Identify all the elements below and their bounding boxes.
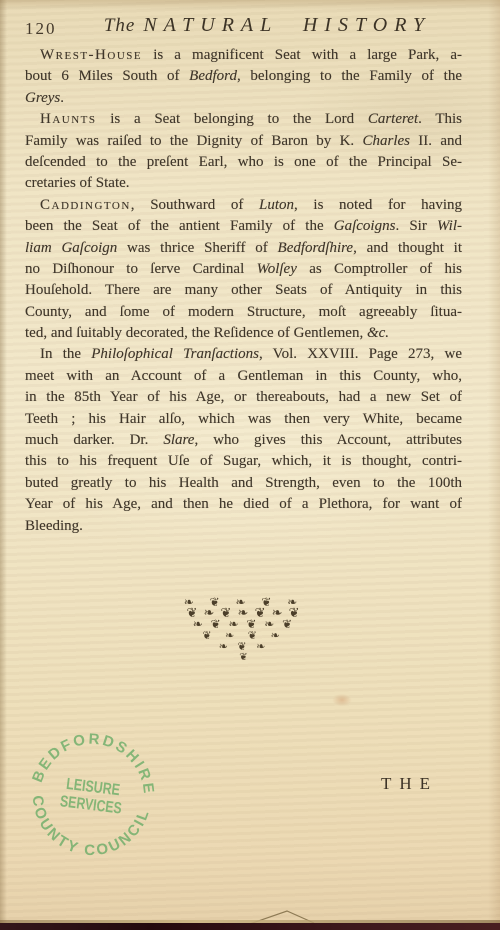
text-run: Houſehold. There are many other Seats of… [25, 282, 462, 298]
text-line: meet with an Account of a Gentleman in t… [25, 366, 462, 387]
text-run: Wolſey [257, 261, 297, 277]
text-run: as Comptroller of his [297, 261, 462, 277]
text-line: Bleeding. [25, 516, 462, 537]
text-run: Haunts [40, 111, 97, 127]
text-line: In the Philoſophical Tranſactions, Vol. … [25, 344, 462, 365]
text-line: Year of his Age, and then he died of a P… [25, 494, 462, 515]
text-run: been the Seat of the antient Family of t… [25, 218, 334, 234]
text-run: Wil- [437, 218, 462, 234]
page-number: 120 [25, 19, 57, 39]
ornament-row: ❦ [25, 652, 462, 663]
text-line: ted, and ſuitably decorated, the Reſiden… [25, 323, 462, 344]
printer-ornament: ❧ ❦ ❧ ❦ ❧ ❦ ❧ ❦ ❧ ❦ ❧ ❦ ❧ ❦ ❧ ❦ ❧ ❦ ❦ ❧ … [25, 597, 462, 663]
text-run: Bedfordſhire [278, 240, 354, 256]
running-title-caps: NATURAL HISTORY [143, 14, 431, 36]
text-line: this to his frequent Uſe of Sugar, which… [25, 451, 462, 472]
text-line: Haunts is a Seat belonging to the Lord C… [25, 109, 462, 130]
text-run: , belonging to the Family of the [237, 68, 462, 84]
text-run: Teeth ; his Hair alſo, which was then ve… [25, 411, 462, 427]
text-line: cretaries of State. [25, 173, 462, 194]
text-line: bout 6 Miles South of Bedford, belonging… [25, 66, 462, 87]
ornament-row: ❧ ❦ ❧ [25, 641, 462, 652]
text-run: is a Seat belonging to the Lord [97, 111, 368, 127]
book-page-scan: 120 TheNATURAL HISTORY Wrest-House is a … [0, 0, 500, 930]
text-run: , Southward of [131, 197, 259, 213]
text-line: liam Gaſcoign was thrice Sheriff of Bedf… [25, 238, 462, 259]
text-line: Houſehold. There are many other Seats of… [25, 280, 462, 301]
text-run: Bedford [189, 68, 237, 84]
text-run: Greys [25, 90, 60, 106]
text-run: deſcended to the preſent Earl, who is on… [25, 154, 462, 170]
text-line: Family was raiſed to the Dignity of Baro… [25, 131, 462, 152]
text-run: ted, and ſuitably decorated, the Reſiden… [25, 325, 367, 341]
text-line: been the Seat of the antient Family of t… [25, 216, 462, 237]
text-line: County, and ſome of modern Structure, mo… [25, 302, 462, 323]
text-line: Greys. [25, 88, 462, 109]
text-run: Gaſcoigns [334, 218, 396, 234]
text-line: in the 85th Year of his Age, or thereabo… [25, 387, 462, 408]
page-header: 120 TheNATURAL HISTORY [25, 14, 462, 44]
text-run: , Vol. XXVIII. Page 273, we [259, 346, 462, 362]
text-line: Caddington, Southward of Luton, is noted… [25, 195, 462, 216]
running-title: TheNATURAL HISTORY [73, 14, 462, 37]
text-run: is a magnificent Seat with a large Park,… [142, 47, 462, 63]
text-line: deſcended to the preſent Earl, who is on… [25, 152, 462, 173]
text-run: Year of his Age, and then he died of a P… [25, 496, 462, 512]
text-run: no Diſhonour to ſerve Cardinal [25, 261, 257, 277]
library-stamp: BEDFORDSHIRE LEISURE SERVICES COUNTY COU… [4, 724, 194, 874]
text-run: . This [418, 111, 462, 127]
text-run: Family was raiſed to the Dignity of Baro… [25, 133, 362, 149]
text-line: much darker. Dr. Slare, who gives this A… [25, 430, 462, 451]
text-line: Wrest-House is a magnificent Seat with a… [25, 45, 462, 66]
text-run: bout 6 Miles South of [25, 68, 189, 84]
text-run: in the 85th Year of his Age, or thereabo… [25, 389, 462, 405]
text-run: meet with an Account of a Gentleman in t… [25, 368, 462, 384]
text-run: Luton [259, 197, 294, 213]
text-run: was thrice Sheriff of [117, 240, 277, 256]
text-run: Charles [362, 133, 410, 149]
text-run: Philoſophical Tranſactions [91, 346, 259, 362]
text-line: buted greatly to his Health and Strength… [25, 473, 462, 494]
text-run: Bleeding. [25, 518, 83, 534]
text-run: , who gives this Account, attributes [194, 432, 462, 448]
text-run: Caddington [40, 197, 131, 213]
text-run: &c. [367, 325, 389, 341]
text-run: , is noted for having [294, 197, 462, 213]
text-run: . Sir [395, 218, 437, 234]
text-line: Teeth ; his Hair alſo, which was then ve… [25, 409, 462, 430]
text-run: II. and [410, 133, 462, 149]
text-run: Slare [163, 432, 194, 448]
body-text: Wrest-House is a magnificent Seat with a… [25, 45, 462, 537]
catchword: THE [25, 774, 462, 794]
text-run: . [60, 90, 64, 106]
text-run: cretaries of State. [25, 175, 130, 191]
text-line: no Diſhonour to ſerve Cardinal Wolſey as… [25, 259, 462, 280]
text-run: , and thought it [353, 240, 462, 256]
text-run: County, and ſome of modern Structure, mo… [25, 304, 462, 320]
text-run: much darker. Dr. [25, 432, 163, 448]
text-run: Wrest-House [40, 47, 142, 63]
text-run: liam Gaſcoign [25, 240, 117, 256]
text-run: buted greatly to his Health and Strength… [25, 475, 462, 491]
page-bottom-edge [0, 923, 500, 930]
text-run: Carteret [368, 111, 418, 127]
text-run: this to his frequent Uſe of Sugar, which… [25, 453, 462, 469]
text-run: In the [40, 346, 91, 362]
running-title-the: The [104, 15, 136, 36]
